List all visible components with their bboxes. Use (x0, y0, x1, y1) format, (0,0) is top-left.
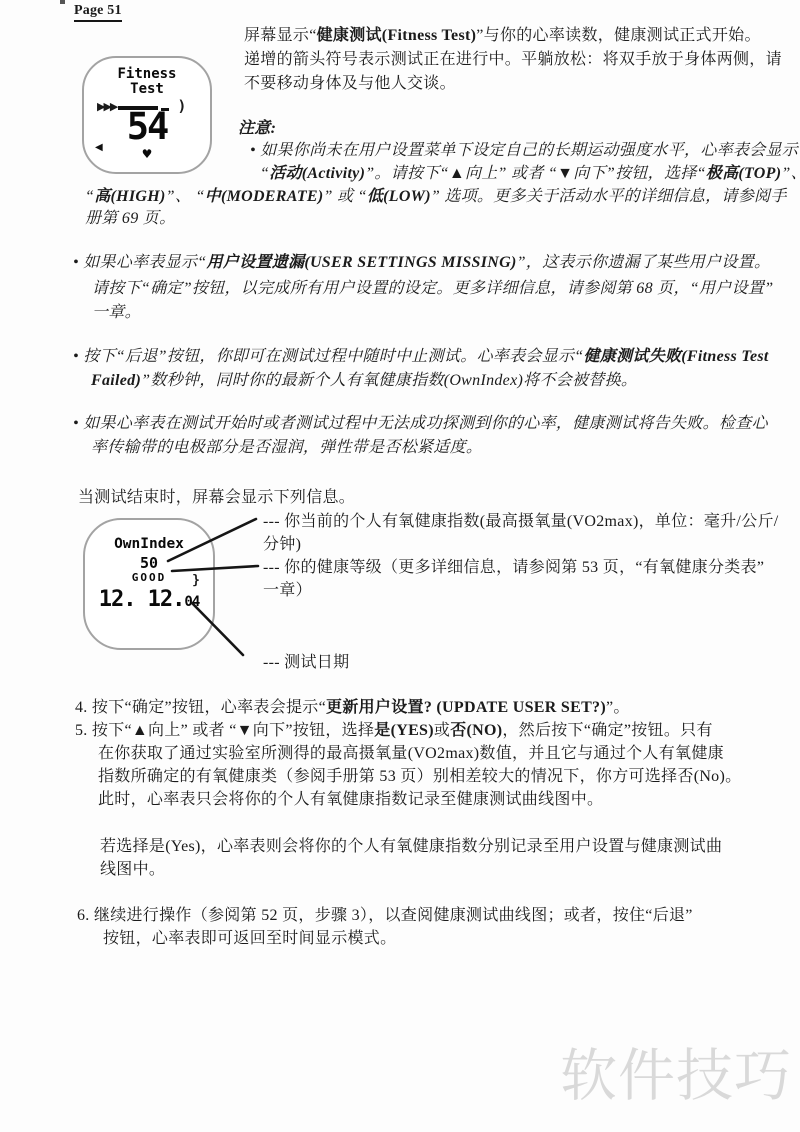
step-line: 若选择是(Yes)，心率表则会将你的个人有氧健康指数分别记录至用户设置与健康测试… (100, 837, 722, 856)
bullet-line: 册第 69 页。 (85, 209, 175, 228)
intro-line: 递增的箭头符号表示测试正在进行中。平躺放松：将双手放于身体两侧，请 (244, 50, 782, 69)
bullet-line: • 如果心率表显示“用户设置遗漏(USER SETTINGS MISSING)”… (73, 253, 770, 272)
watermark: 软件技巧 (560, 1046, 792, 1106)
page-title: Page 51 (74, 3, 122, 22)
bullet-line: • 按下“后退”按钮，你即可在测试过程中随时中止测试。心率表会显示“健康测试失败… (73, 347, 769, 366)
bullet-line: “高(HIGH)”、 “中(MODERATE)” 或 “低(LOW)” 选项。更… (85, 187, 787, 206)
heart-rate-value: 54 (84, 108, 210, 146)
bullet-line: • 如果你尚未在用户设置菜单下设定自己的长期运动强度水平，心率表会显示 (250, 141, 798, 160)
step-line: 在你获取了通过实验室所测得的最高摄氧量(VO2max)数值，并且它与通过个人有氧… (98, 744, 724, 763)
bullet-line: • 如果心率表在测试开始时或者测试过程中无法成功探测到你的心率，健康测试将告失败… (73, 414, 768, 433)
back-arrow-icon: ◀ (95, 142, 103, 153)
step-line: 指数所确定的有氧健康类（参阅手册第 53 页）别相差较大的情况下，你方可选择否(… (98, 767, 741, 786)
annotation-line: --- 测试日期 (263, 653, 349, 672)
annotation-line: --- 你的健康等级（更多详细信息，请参阅第 53 页，“有氧健康分类表” (263, 558, 764, 577)
step-line: 按钮，心率表即可返回至时间显示模式。 (103, 929, 396, 948)
bullet-line: 请按下“确定”按钮，以完成所有用户设置的设定。更多详细信息，请参阅第 68 页，… (92, 279, 773, 298)
step-line: 6. 继续进行操作（参阅第 52 页，步骤 3），以查阅健康测试曲线图；或者，按… (77, 906, 693, 925)
step-line: 线图中。 (100, 860, 165, 879)
manual-page: Page 51 屏幕显示“健康测试(Fitness Test)”与你的心率读数，… (0, 0, 800, 1132)
annotation-line: --- 你当前的个人有氧健康指数(最高摄氧量(VO2max)，单位：毫升/公斤/ (263, 512, 779, 531)
callout-line-date (192, 603, 243, 655)
scan-speck (60, 0, 65, 4)
callout-lines (140, 495, 280, 705)
callout-line-grade (172, 566, 258, 571)
watch1-label: Fitness (84, 66, 210, 82)
step-line: 5. 按下“▲向上” 或者 “▼向下”按钮，选择是(YES)或否(NO)，然后按… (75, 721, 713, 740)
bullet-line: 率传输带的电极部分是否湿润，弹性带是否松紧适度。 (91, 438, 482, 457)
step-line: 此时，心率表只会将你的个人有氧健康指数记录至健康测试曲线图中。 (98, 790, 603, 809)
callout-line-ownindex (168, 519, 256, 561)
intro-line: 屏幕显示“健康测试(Fitness Test)”与你的心率读数，健康测试正式开始… (244, 26, 761, 45)
note-label: 注意: (238, 119, 276, 138)
intro-line: 不要移动身体及与他人交谈。 (244, 74, 456, 93)
bullet-line: 一章。 (92, 303, 141, 322)
watch-display-fitness-test: Fitness Test ▶▶▶ ) 54 ♥ ◀ (82, 56, 212, 174)
bullet-line: Failed)”数秒钟，同时你的最新个人有氧健康指数(OwnIndex)将不会被… (91, 371, 637, 390)
annotation-line: 一章） (263, 581, 312, 600)
watch1-label: Test (84, 81, 210, 97)
annotation-line: 分钟) (263, 535, 301, 554)
bullet-line: “活动(Activity)”。请按下“▲向上” 或者 “▼向下”按钮，选择“极高… (260, 164, 800, 183)
step-line: 4. 按下“确定”按钮，心率表会提示“更新用户设置? (UPDATE USER … (75, 698, 630, 717)
